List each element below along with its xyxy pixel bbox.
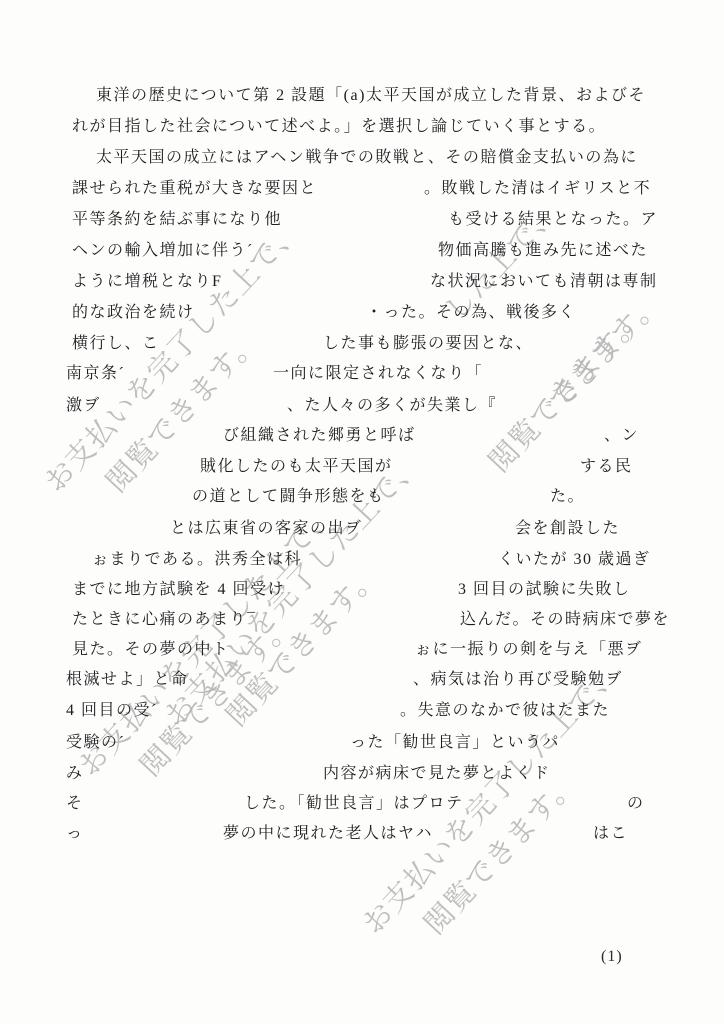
text-line-21-fragment-2: 。失意のなかで彼はたまた (400, 701, 610, 721)
text-line-6-fragment-1: ヘンの輸入増加に伴う´ (72, 241, 254, 261)
text-line-4-fragment-2: 。敗戦した清はイギリスと不 (424, 179, 651, 199)
text-line-24-fragment-3: の (627, 794, 645, 814)
text-line-15-fragment-2: 会を創設した (515, 519, 620, 539)
text-line-12-fragment-2: 、ン (604, 426, 639, 446)
text-line-11-fragment-2: 、た人々の多くが失業し『 (287, 396, 497, 416)
text-line-8-fragment-2: ・った。その為、戦後多く (366, 303, 576, 323)
watermark-text-line: 閲覧できます。 (479, 301, 654, 484)
text-line-3-fragment-1: 太平天国の成立にはアヘン戦争での敗戦と、その賠償金支払いの為に (96, 148, 638, 168)
text-line-20-fragment-1: 根滅せよ」と命 (66, 670, 189, 690)
text-line-20-fragment-2: 、病気は治り再び受験勉ヺ (413, 670, 623, 690)
text-line-18-fragment-1: たときに心痛のあまり¯ (72, 610, 257, 630)
text-line-14-fragment-1: の道として闘争形態をも (192, 487, 385, 507)
text-line-8-fragment-1: 的な政治を続け (72, 303, 195, 323)
text-line-14-fragment-2: た。 (550, 487, 585, 507)
page-number: (1) (601, 948, 623, 966)
text-line-9-fragment-1: 横行し、こ (72, 334, 160, 354)
text-line-7-fragment-2: な状況においても清朝は専制 (430, 272, 658, 292)
text-line-13-fragment-1: 賊化したのも太平天国が (200, 457, 393, 477)
text-line-10-fragment-2: 一向に限定されなくなり「 (273, 364, 483, 384)
text-line-17-fragment-1: までに地方試験を 4 回受け (72, 580, 285, 600)
text-line-4-fragment-1: 課せられた重税が大きな要因と (72, 179, 317, 199)
text-line-9-fragment-2: した事も膨張の要因とな、 (323, 334, 533, 354)
text-line-24-fragment-1: そ (66, 794, 84, 814)
payment-watermark-4: 閲覧できます。 (479, 301, 654, 484)
text-line-15-fragment-1: とは広東省の客家の出ヺ (170, 519, 363, 539)
text-line-19-fragment-2: ぉに一振りの剣を与え「悪ヺ (415, 640, 643, 660)
text-line-1-fragment-1: 東洋の歴史について第 2 設題「(a)太平天国が成立した背景、およびそ (96, 86, 646, 106)
text-line-7-fragment-1: ように増税となりF (72, 272, 222, 292)
text-line-23-fragment-2: 内容が病床で見た夢とよくド (323, 764, 551, 784)
text-line-16-fragment-1: ぉまりである。洪秀全は科 (92, 550, 302, 570)
text-line-21-fragment-1: 4 回目の受´ (66, 701, 158, 721)
text-line-17-fragment-2: 3 回目の試験に失敗し (458, 580, 631, 600)
text-line-5-fragment-2: も受ける結果となった。ア (448, 210, 658, 230)
text-line-10-fragment-1: 南京条´ (66, 364, 125, 384)
text-line-22-fragment-1: 受験の´ (66, 733, 125, 753)
text-line-16-fragment-2: くいたが 30 歳過ぎ (498, 550, 651, 570)
text-line-11-fragment-1: 激ヺ (66, 396, 101, 416)
text-line-25-fragment-2: 夢の中に現れた老人はヤハ (223, 824, 433, 844)
text-line-25-fragment-3: はこ (593, 824, 628, 844)
scanned-document-page: お支払いを完了した上で、閲覧できます。した上で、できます。閲覧できます。お支払い… (0, 0, 724, 1024)
text-line-25-fragment-1: っ (66, 824, 84, 844)
text-line-5-fragment-1: 平等条約を結ぶ事になり他 (72, 210, 282, 230)
text-line-24-fragment-2: した。「勧世良言」はプロテ (244, 794, 464, 814)
text-line-22-fragment-2: った「勧世良言」というパ (350, 733, 560, 753)
text-line-13-fragment-2: する民 (580, 457, 633, 477)
text-line-19-fragment-1: 見た。その夢の中ト (72, 640, 230, 660)
text-line-6-fragment-2: 物価高騰も進み先に述べた (438, 241, 648, 261)
text-line-2-fragment-1: れが目指した社会について述べよ。」を選択し論じていく事とする。 (72, 117, 606, 137)
text-line-23-fragment-1: み (66, 764, 84, 784)
text-line-18-fragment-2: 込んだ。その時病床で夢を (460, 610, 670, 630)
text-line-12-fragment-1: び組織された郷勇と呼ば (223, 426, 416, 446)
